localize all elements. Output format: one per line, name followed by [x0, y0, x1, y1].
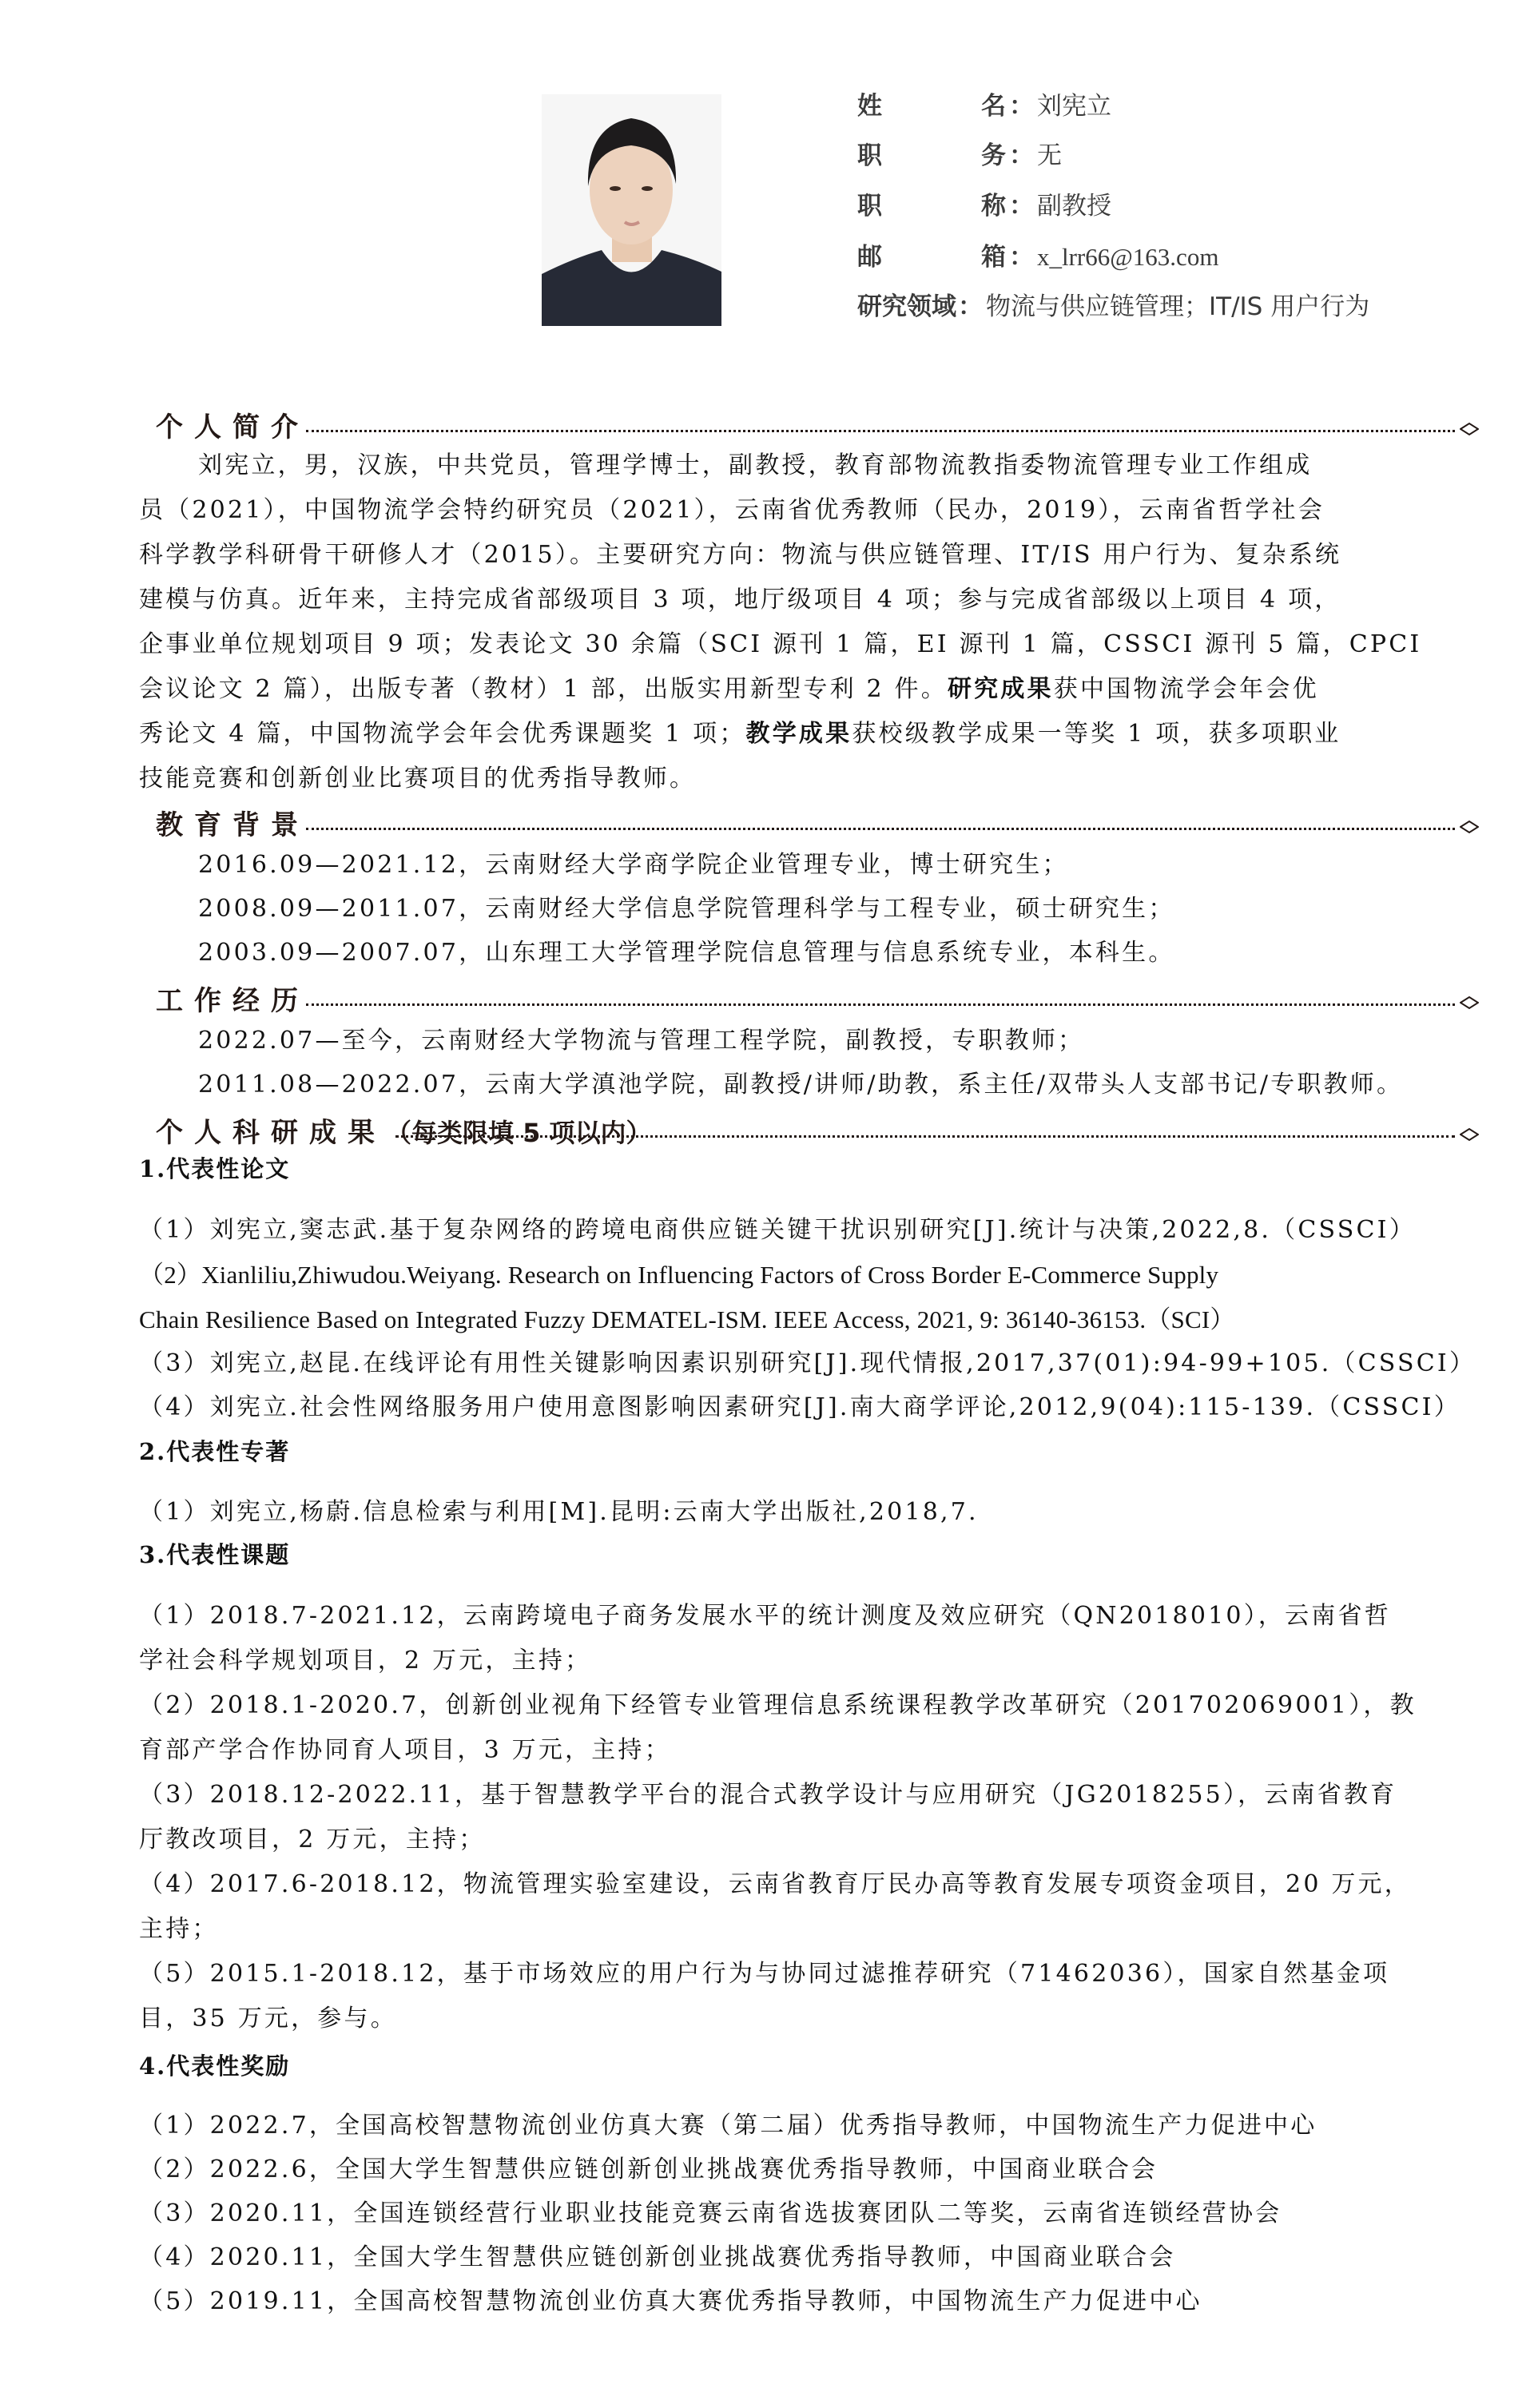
info-row-name: 姓名：刘宪立 [857, 86, 1111, 126]
award-line: （3）2020.11，全国连锁经营行业职业技能竞赛云南省选拔赛团队二等奖，云南省… [139, 2198, 1282, 2230]
award-line: （4）2020.11，全国大学生智慧供应链创新创业挑战赛优秀指导教师，中国商业联… [139, 2242, 1176, 2274]
diamond-icon [1460, 1125, 1479, 1144]
project-line: 主持； [139, 1913, 219, 1945]
dotted-divider [306, 1003, 1455, 1006]
profile-photo [542, 94, 721, 326]
project-line: （5）2015.1-2018.12，基于市场效应的用户行为与协同过滤推荐研究（7… [139, 1958, 1389, 1990]
dotted-divider [306, 430, 1455, 432]
colon: ： [1009, 92, 1034, 121]
colon: ： [958, 292, 983, 321]
diamond-icon [1460, 817, 1479, 836]
intro-bold-teaching-achievement: 教学成果 [746, 720, 852, 748]
intro-line: 科学教学科研骨干研修人才（2015）。主要研究方向：物流与供应链管理、IT/IS… [139, 539, 1341, 571]
info-label-research-field: 研究领域 [857, 287, 956, 327]
intro-line: 企事业单位规划项目 9 项；发表论文 30 余篇（SCI 源刊 1 篇，EI 源… [139, 629, 1421, 661]
paper-line: （3）刘宪立,赵昆.在线评论有用性关键影响因素识别研究[J].现代情报,2017… [139, 1348, 1476, 1380]
section-header-education: 教育背景 [156, 807, 1482, 844]
education-item: 2016.09—2021.12，云南财经大学商学院企业管理专业，博士研究生； [198, 849, 1069, 881]
info-label-title: 职称 [857, 186, 1007, 226]
colon: ： [1009, 141, 1034, 170]
monograph-line: （1）刘宪立,杨蔚.信息检索与利用[M].昆明:云南大学出版社,2018,7. [139, 1496, 979, 1528]
info-value-name: 刘宪立 [1037, 92, 1111, 121]
info-label-email: 邮箱 [857, 237, 1007, 277]
project-line: （1）2018.7-2021.12，云南跨境电子商务发展水平的统计测度及效应研究… [139, 1600, 1391, 1632]
project-line: （3）2018.12-2022.11，基于智慧教学平台的混合式教学设计与应用研究… [139, 1779, 1397, 1811]
education-item: 2003.09—2007.07，山东理工大学管理学院信息管理与信息系统专业，本科… [198, 937, 1175, 969]
project-line: 目，35 万元，参与。 [139, 2003, 397, 2035]
intro-line: 建模与仿真。近年来，主持完成省部级项目 3 项，地厅级项目 4 项；参与完成省部… [139, 584, 1341, 616]
section-title-work: 工作经历 [156, 983, 309, 1019]
info-value-position: 无 [1037, 141, 1062, 170]
section-title-education: 教育背景 [156, 807, 309, 844]
project-line: 学社会科学规划项目，2 万元，主持； [139, 1645, 591, 1677]
paper-line: Chain Resilience Based on Integrated Fuz… [139, 1304, 1235, 1336]
intro-text: 获中国物流学会年会优 [1054, 675, 1319, 703]
work-item: 2011.08—2022.07，云南大学滇池学院，副教授/讲师/助教，系主任/双… [198, 1069, 1403, 1101]
subheading-projects: 3.代表性课题 [139, 1539, 290, 1571]
project-line: 育部产学合作协同育人项目，3 万元，主持； [139, 1734, 671, 1766]
award-line: （5）2019.11，全国高校智慧物流创业仿真大赛优秀指导教师，中国物流生产力促… [139, 2286, 1202, 2318]
education-item: 2008.09—2011.07，云南财经大学信息学院管理科学与工程专业，硕士研究… [198, 893, 1175, 925]
section-header-work: 工作经历 [156, 983, 1482, 1019]
section-header-intro: 个人简介 [156, 409, 1482, 446]
intro-line: 刘宪立，男，汉族，中共党员，管理学博士，副教授，教育部物流教指委物流管理专业工作… [198, 450, 1312, 482]
intro-line: 技能竞赛和创新创业比赛项目的优秀指导教师。 [139, 763, 696, 795]
award-line: （2）2022.6，全国大学生智慧供应链创新创业挑战赛优秀指导教师，中国商业联合… [139, 2154, 1158, 2186]
project-line: 厅教改项目，2 万元，主持； [139, 1824, 485, 1856]
portrait-icon [542, 94, 721, 326]
dotted-divider [306, 828, 1455, 830]
intro-text: 会议论文 2 篇），出版专著（教材）1 部，出版实用新型专利 2 件。 [139, 675, 948, 703]
info-value-research-field: 物流与供应链管理；IT/IS 用户行为 [986, 292, 1369, 321]
intro-line: 秀论文 4 篇，中国物流学会年会优秀课题奖 1 项；教学成果获校级教学成果一等奖… [139, 718, 1341, 750]
paper-line: （4）刘宪立.社会性网络服务用户使用意图影响因素研究[J].南大商学评论,201… [139, 1392, 1461, 1424]
info-value-title: 副教授 [1037, 192, 1111, 221]
intro-text: 获校级教学成果一等奖 1 项，获多项职业 [852, 720, 1341, 748]
research-title-note: （每类限填 5 项以内） [386, 1118, 652, 1148]
info-value-email[interactable]: x_lrr66@163.com [1037, 243, 1218, 271]
diamond-icon [1460, 993, 1479, 1012]
project-line: （2）2018.1-2020.7，创新创业视角下经管专业管理信息系统课程教学改革… [139, 1690, 1417, 1722]
colon: ： [1009, 243, 1034, 272]
research-title-text: 个人科研成果 [156, 1117, 386, 1149]
subheading-monographs: 2.代表性专著 [139, 1436, 290, 1468]
info-row-title: 职称：副教授 [857, 186, 1111, 226]
section-title-intro: 个人简介 [156, 409, 309, 446]
work-item: 2022.07—至今，云南财经大学物流与管理工程学院，副教授，专职教师； [198, 1025, 1084, 1057]
intro-bold-research-achievement: 研究成果 [948, 675, 1054, 703]
award-line: （1）2022.7，全国高校智慧物流创业仿真大赛（第二届）优秀指导教师，中国物流… [139, 2110, 1317, 2142]
diamond-icon [1460, 419, 1479, 439]
info-row-research-field: 研究领域：物流与供应链管理；IT/IS 用户行为 [857, 287, 1369, 327]
intro-text: 秀论文 4 篇，中国物流学会年会优秀课题奖 1 项； [139, 720, 746, 748]
section-title-research: 个人科研成果（每类限填 5 项以内） [156, 1115, 652, 1151]
section-header-research: 个人科研成果（每类限填 5 项以内） [156, 1115, 1482, 1151]
subheading-awards: 4.代表性奖励 [139, 2050, 290, 2082]
colon: ： [1009, 192, 1034, 221]
intro-line: 会议论文 2 篇），出版专著（教材）1 部，出版实用新型专利 2 件。研究成果获… [139, 674, 1319, 705]
paper-line: （2）Xianliliu,Zhiwudou.Weiyang. Research … [139, 1259, 1218, 1291]
info-label-name: 姓名 [857, 86, 1007, 126]
info-row-email: 邮箱：x_lrr66@163.com [857, 237, 1218, 277]
project-line: （4）2017.6-2018.12，物流管理实验室建设，云南省教育厅民办高等教育… [139, 1869, 1411, 1901]
intro-line: 员（2021），中国物流学会特约研究员（2021），云南省优秀教师（民办，201… [139, 495, 1325, 527]
paper-line: （1）刘宪立,窦志武.基于复杂网络的跨境电商供应链关键干扰识别研究[J].统计与… [139, 1214, 1416, 1246]
info-row-position: 职务：无 [857, 136, 1062, 176]
subheading-papers: 1.代表性论文 [139, 1153, 290, 1185]
info-label-position: 职务 [857, 136, 1007, 176]
